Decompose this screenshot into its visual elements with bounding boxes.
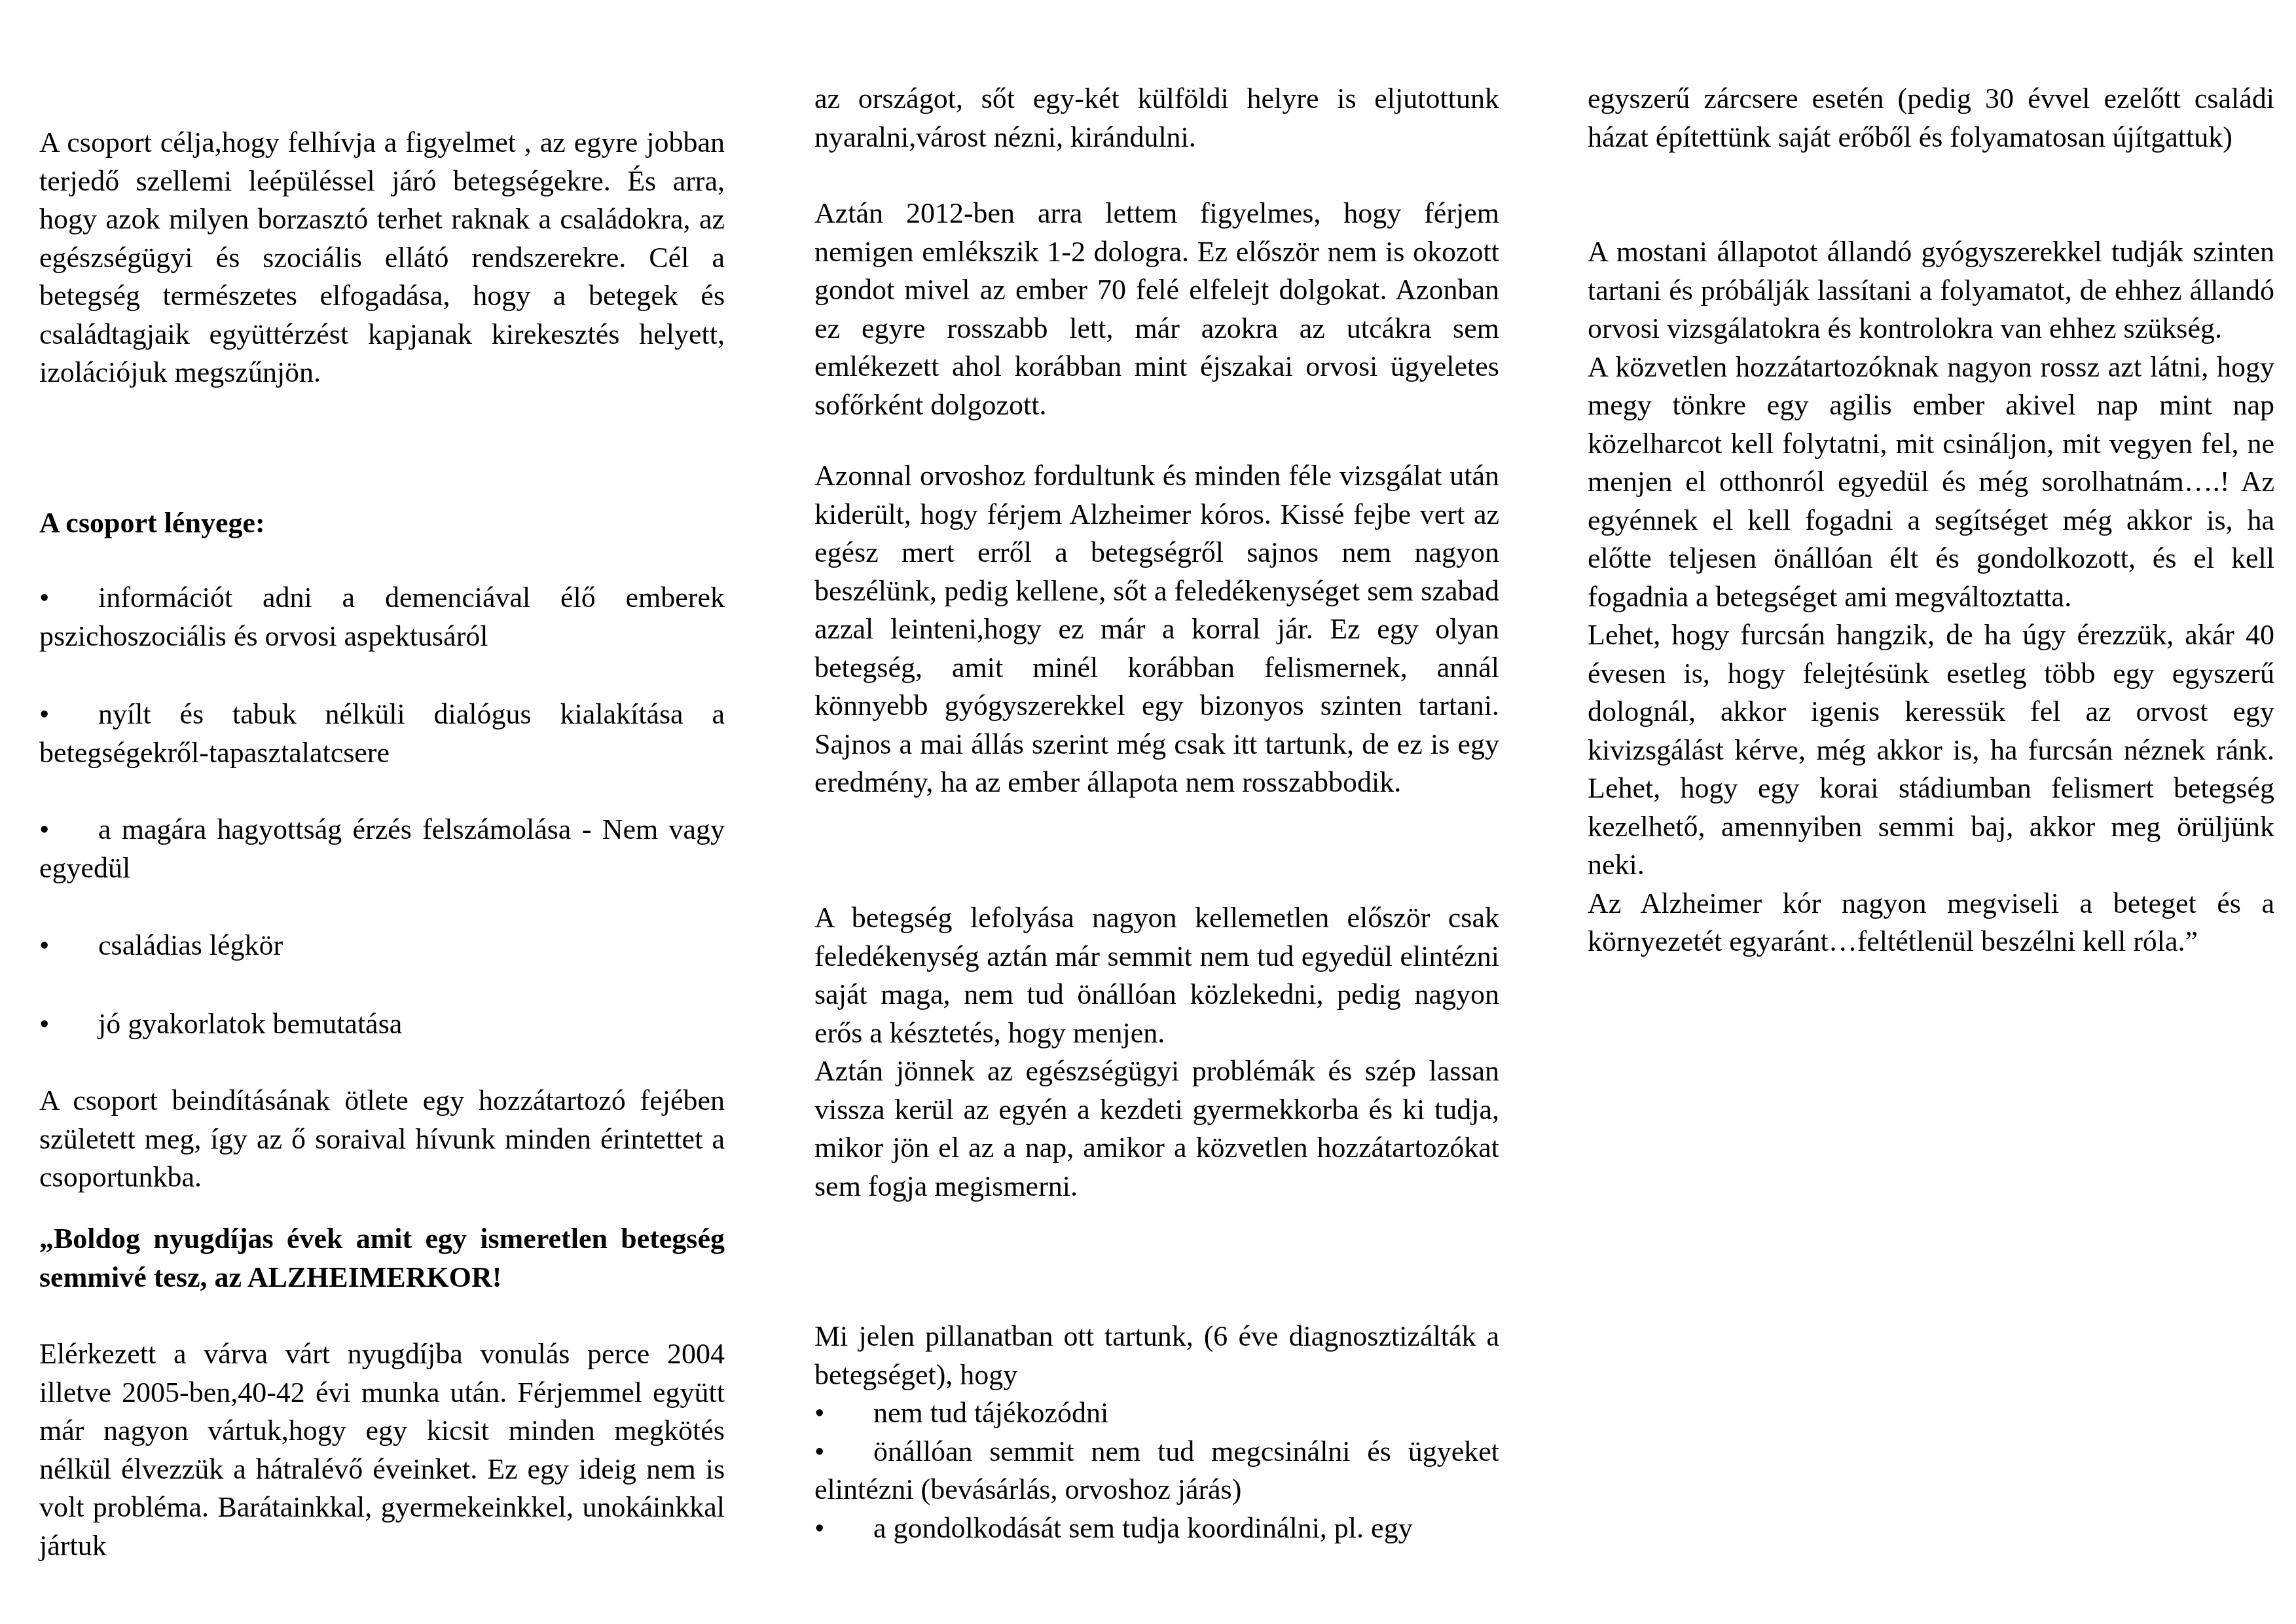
story-paragraph: Aztán 2012-ben arra lettem figyelmes, ho… [814, 194, 1499, 424]
bullet-item: •jó gyakorlatok bemutatása [39, 1005, 725, 1044]
bullet-item: •a magára hagyottság érzés felszámolása … [39, 811, 725, 887]
bullet-icon: • [39, 1005, 98, 1044]
bullet-icon: • [39, 695, 98, 734]
story-paragraph: Mi jelen pillanatban ott tartunk, (6 éve… [814, 1318, 1499, 1547]
bullet-icon: • [814, 1509, 873, 1548]
bullet-icon: • [814, 1394, 873, 1433]
story-paragraph: egyszerű zárcsere esetén (pedig 30 évvel… [1588, 80, 2274, 157]
story-paragraph: Elérkezett a várva várt nyugdíjba vonulá… [39, 1335, 725, 1565]
bullet-item: •a gondolkodását sem tudja koordinálni, … [814, 1509, 1499, 1548]
bullet-item: •önállóan semmit nem tud megcsinálni és … [814, 1433, 1499, 1509]
bullet-icon: • [39, 811, 98, 849]
origin-paragraph: A csoport beindításának ötlete egy hozzá… [39, 1082, 725, 1197]
story-paragraph: az országot, sőt egy-két külföldi helyre… [814, 80, 1499, 157]
bullet-icon: • [39, 579, 98, 618]
bullet-item: •családias légkör [39, 927, 725, 965]
bullet-item: •nyílt és tabuk nélküli dialógus kialakí… [39, 695, 725, 772]
bullet-icon: • [39, 927, 98, 965]
quote-title: „Boldog nyugdíjas évek amit egy ismeretl… [39, 1220, 725, 1297]
story-paragraph: A betegség lefolyása nagyon kellemetlen … [814, 899, 1499, 1206]
intro-paragraph: A csoport célja,hogy felhívja a figyelme… [39, 124, 725, 392]
story-paragraph: Azonnal orvoshoz fordultunk és minden fé… [814, 457, 1499, 802]
bullet-item: •információt adni a demenciával élő embe… [39, 579, 725, 655]
story-paragraph: A mostani állapotot állandó gyógyszerekk… [1588, 233, 2274, 961]
section-heading: A csoport lényege: [39, 504, 725, 543]
bullet-item: •nem tud tájékozódni [814, 1394, 1499, 1433]
bullet-icon: • [814, 1433, 873, 1471]
